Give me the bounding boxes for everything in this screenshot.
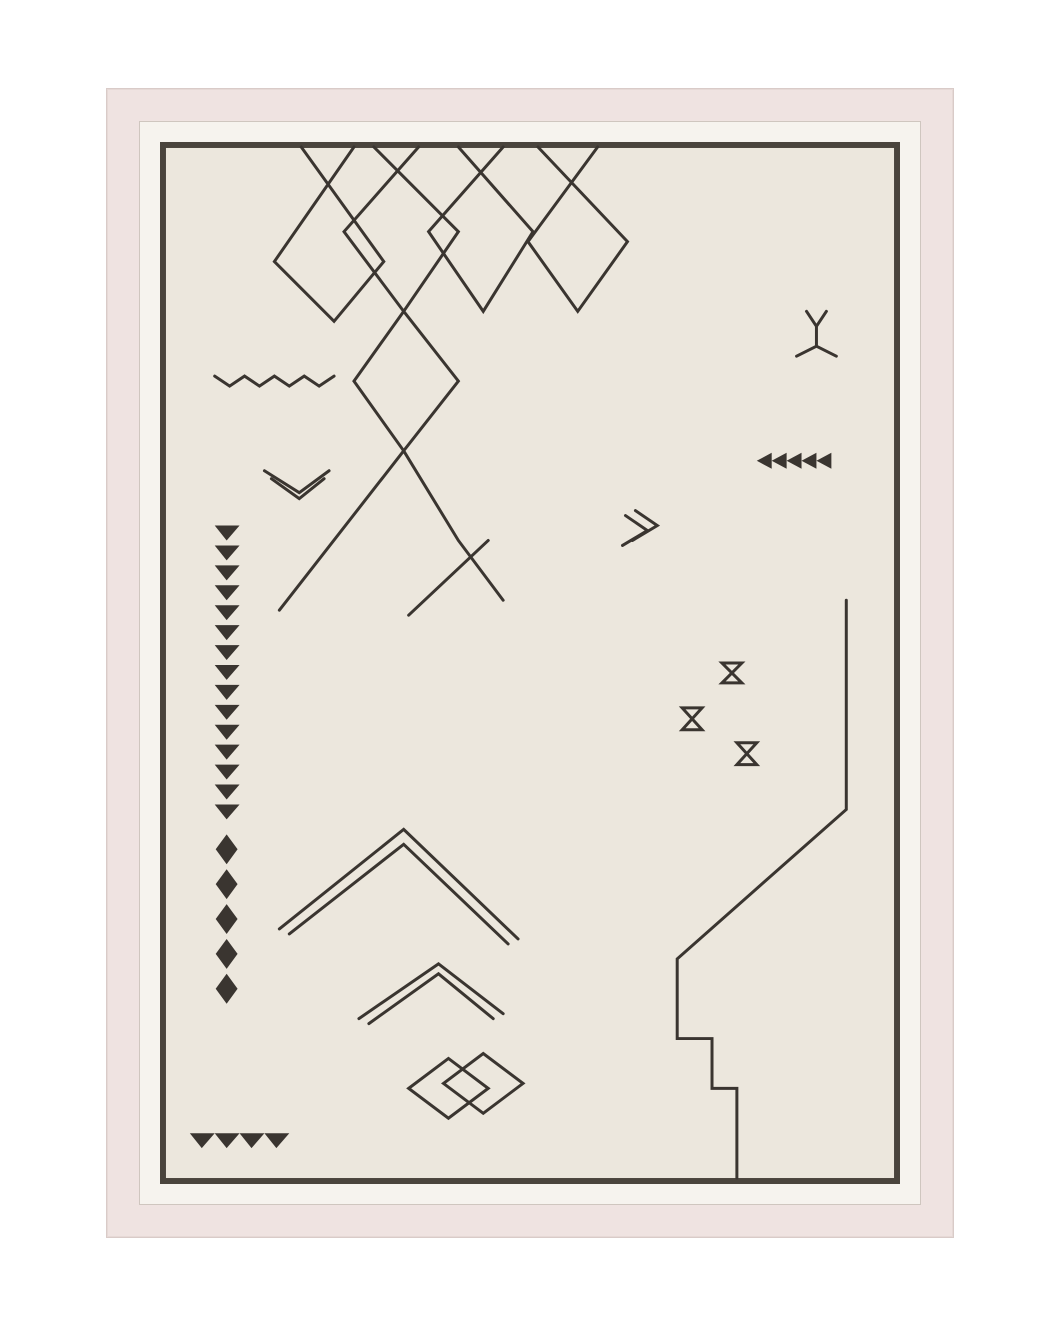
picture-frame: [106, 88, 954, 1238]
rug-motifs: [160, 142, 900, 1184]
mat-board: [139, 121, 921, 1205]
rug-artwork: [160, 142, 900, 1184]
